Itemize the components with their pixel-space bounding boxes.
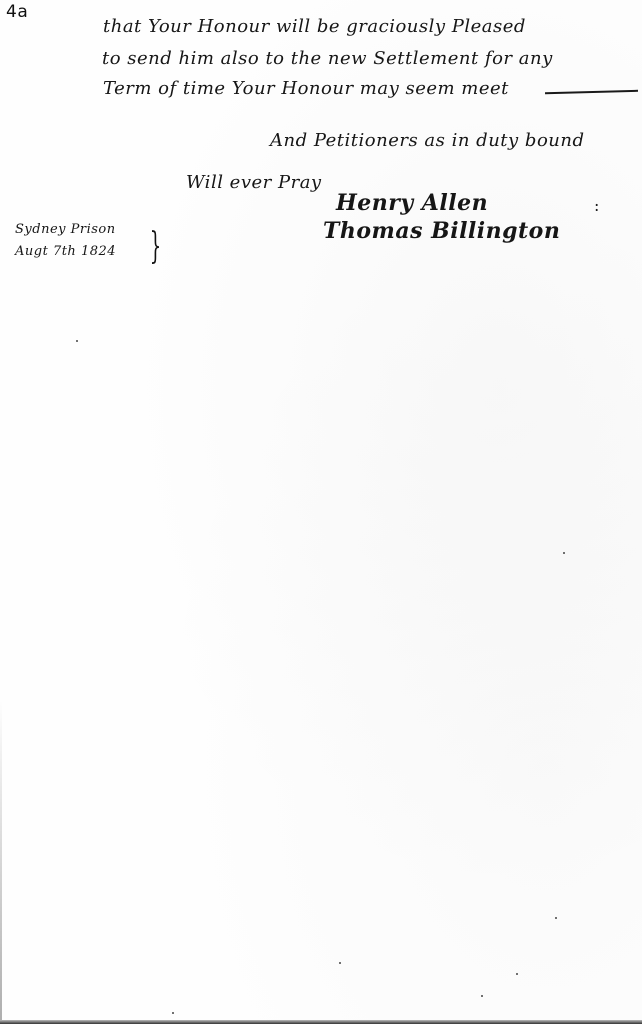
signature-thomas-billington: Thomas Billington bbox=[323, 218, 560, 244]
line-end-dash bbox=[545, 90, 638, 94]
body-line: that Your Honour will be graciously Plea… bbox=[103, 16, 526, 37]
paper-speck bbox=[172, 1012, 174, 1014]
paper-speck bbox=[563, 552, 565, 554]
document-page: 4a that Your Honour will be graciously P… bbox=[0, 0, 642, 1024]
brace-mark: } bbox=[150, 226, 161, 267]
paper-speck bbox=[555, 917, 557, 919]
date-note: Augt 7th 1824 bbox=[15, 244, 116, 259]
paper-speck bbox=[339, 962, 341, 964]
colon-mark: : bbox=[594, 196, 600, 215]
folio-number: 4a bbox=[6, 2, 28, 22]
scan-edge-bottom bbox=[0, 1020, 642, 1024]
signature-henry-allen: Henry Allen bbox=[336, 190, 488, 216]
paper-speck bbox=[481, 995, 483, 997]
body-line: Will ever Pray bbox=[186, 172, 322, 193]
body-line: to send him also to the new Settlement f… bbox=[102, 48, 553, 69]
body-line: Term of time Your Honour may seem meet bbox=[103, 78, 509, 99]
paper-speck bbox=[76, 340, 78, 342]
place-note: Sydney Prison bbox=[15, 222, 116, 237]
body-line: And Petitioners as in duty bound bbox=[270, 130, 585, 151]
scan-edge-left bbox=[0, 700, 2, 1024]
paper-speck bbox=[516, 973, 518, 975]
